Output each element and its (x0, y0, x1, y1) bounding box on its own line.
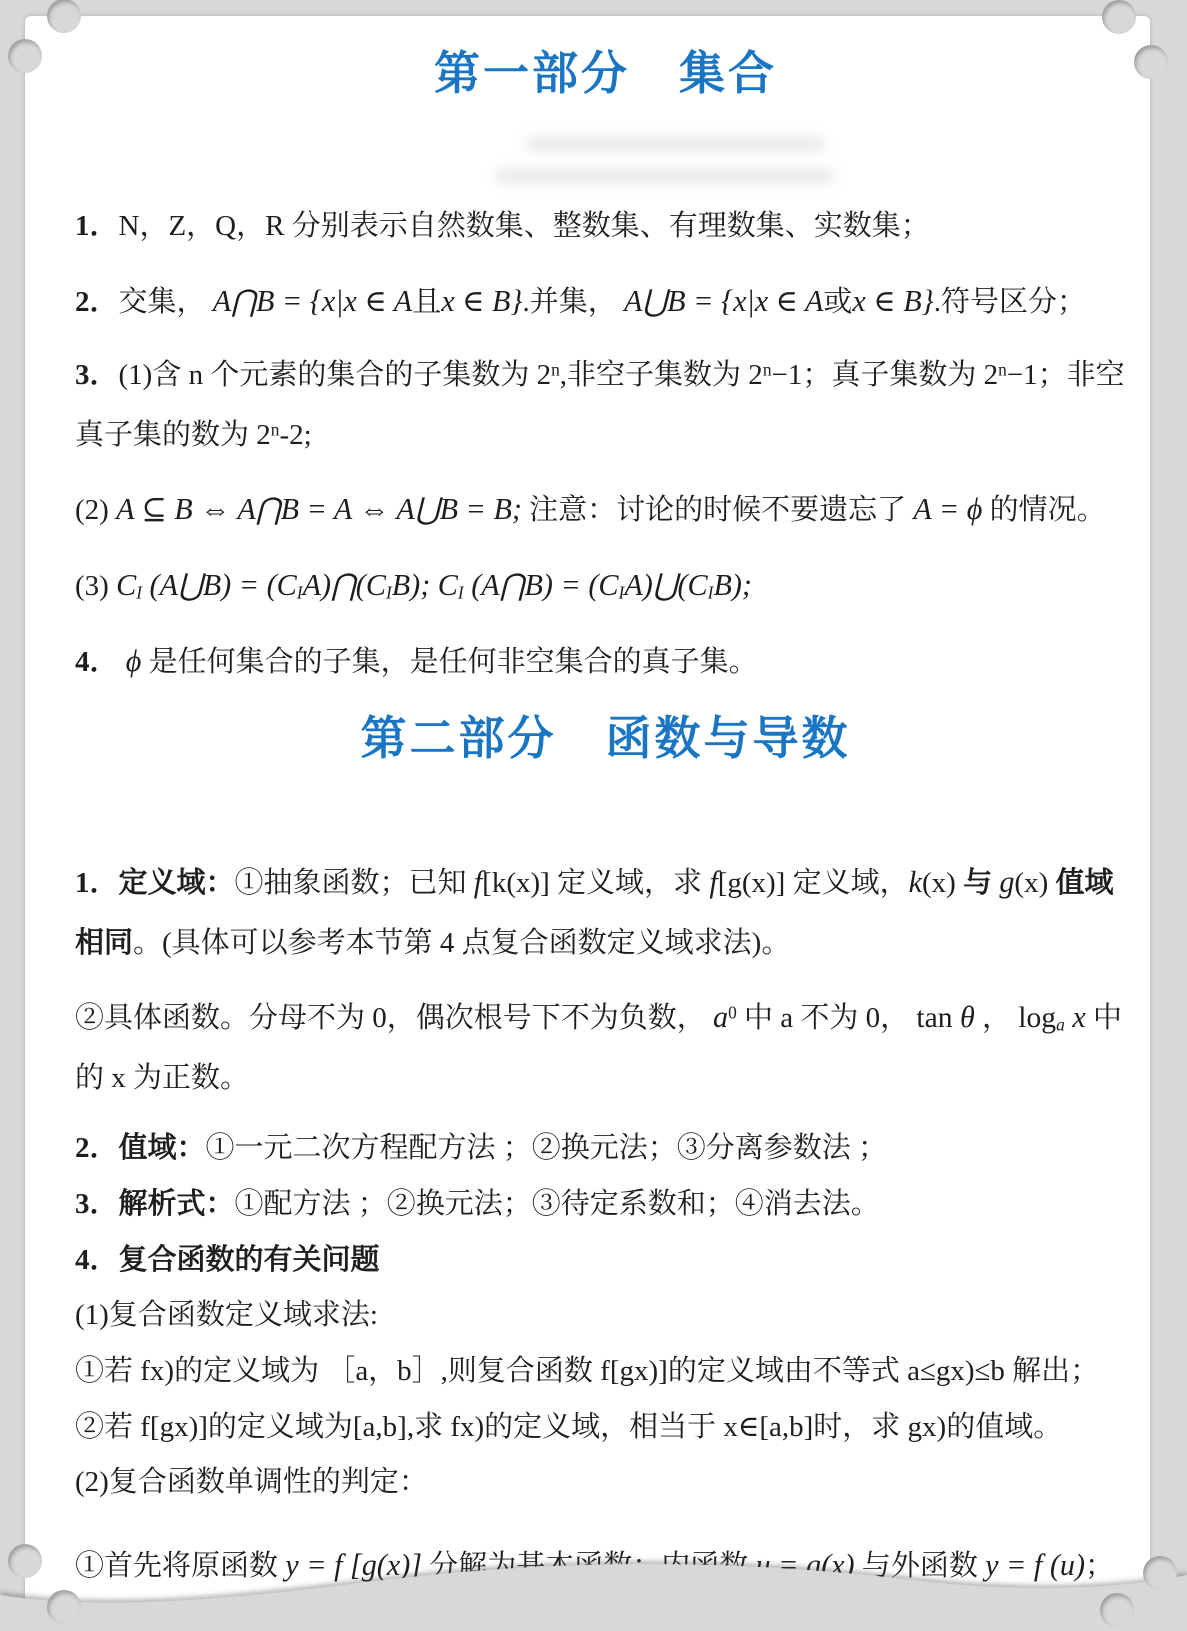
part2-heading: 第二部分 函数与导数 (75, 711, 1136, 766)
part1-heading: 第一部分 集合 (75, 46, 1136, 101)
paragraph: 3．(1)含 n 个元素的集合的子集数为 2n,非空子集数为 2n−1；真子集数… (75, 346, 1136, 465)
paragraph: 4．复合函数的有关问题 (75, 1234, 1136, 1288)
text-segment: 与 (963, 867, 999, 899)
text-segment: B); C (392, 568, 458, 602)
paragraph: (3) CI (A⋃B) = (CIA)⋂(CIB); CI (A⋂B) = (… (75, 555, 1136, 617)
paragraph: ②具体函数。分母不为 0，偶次根号下不为负数， a0 中 a 不为 0， tan… (75, 987, 1136, 1108)
paragraph: 2．交集， A⋂B = {x|x ∈ A且x ∈ B}.并集， A⋃B = {x… (75, 271, 1136, 333)
page-background: 第一部分 集合 1．N，Z，Q，R 分别表示自然数集、整数集、有理数集、实数集；… (0, 0, 1187, 1631)
text-segment: A ⊆ B ⇔ A⋂B = A ⇔ A⋃B = B; (116, 492, 522, 526)
paragraph: ②若 f[gx)]的定义域为[a,b],求 fx)的定义域，相当于 x∈[a,b… (75, 1401, 1136, 1455)
text-segment: 3． (75, 359, 119, 391)
text-segment: x ∈ B} (852, 284, 933, 318)
text-segment: g (999, 865, 1014, 899)
text-segment: log (1018, 1002, 1056, 1034)
text-segment: 2． (75, 286, 119, 318)
text-segment: ①一元二次方程配方法 ；②换元法；③分离参数法 ； (206, 1132, 888, 1164)
text-segment: 注意：讨论的时候不要遗忘了 (522, 494, 914, 526)
paper-corner-notch (47, 0, 81, 33)
text-segment: 4．复合函数的有关问题 (75, 1244, 380, 1276)
text-segment: ①配方法 ；②换元法；③待定系数和；④消去法。 (235, 1188, 880, 1220)
text-segment: (x) (922, 867, 963, 899)
text-segment: 。(具体可以参考本节第 4 点复合函数定义域求法)。 (133, 927, 790, 959)
text-segment: A⋂B = {x|x ∈ A (213, 284, 412, 318)
text-segment: a (713, 1000, 728, 1034)
text-segment: 且 (412, 286, 441, 318)
paper-bottom-curl (0, 1545, 1187, 1631)
text-segment: −1；真子集数为 2 (772, 359, 999, 391)
paper-corner-notch (1100, 1593, 1134, 1627)
paragraph: 1．定义域：①抽象函数；已知 f[k(x)] 定义域，求 f[g(x)] 定义域… (75, 852, 1136, 973)
text-segment: ①若 fx)的定义域为 ［a，b］,则复合函数 f[gx)]的定义域由不等式 a… (75, 1355, 1099, 1387)
text-segment: 4． (75, 646, 119, 678)
text-segment: ， (975, 1002, 1019, 1034)
text-segment: (1)含 n 个元素的集合的子集数为 2 (119, 359, 552, 391)
paragraph: ①若 fx)的定义域为 ［a，b］,则复合函数 f[gx)]的定义域由不等式 a… (75, 1345, 1136, 1399)
text-segment: n (998, 360, 1007, 380)
text-segment: A⋃B = {x|x ∈ A (624, 284, 823, 318)
text-segment: 0 (728, 1003, 737, 1023)
text-segment: (2) (75, 494, 116, 526)
text-segment: (x) (1014, 867, 1055, 899)
paragraph: (2) A ⊆ B ⇔ A⋂B = A ⇔ A⋃B = B; 注意：讨论的时候不… (75, 479, 1136, 541)
paper-curl-fill (0, 1564, 1187, 1631)
text-segment: (A⋃B) = (C (142, 568, 297, 602)
text-segment: k (909, 865, 922, 899)
text-segment: (1)复合函数定义域求法: (75, 1299, 378, 1331)
text-segment: f (709, 865, 717, 899)
paper-corner-notch (8, 39, 42, 73)
text-segment: C (116, 568, 136, 602)
paper-corner-notch (1134, 45, 1168, 79)
text-segment: (3) (75, 570, 116, 602)
text-segment: 中 a 不为 0， (737, 1002, 917, 1034)
paper-sheet: 第一部分 集合 1．N，Z，Q，R 分别表示自然数集、整数集、有理数集、实数集；… (25, 16, 1150, 1616)
paragraph: 3．解析式：①配方法 ；②换元法；③待定系数和；④消去法。 (75, 1178, 1136, 1232)
text-segment: 的情况。 (982, 494, 1105, 526)
text-segment: 1．定义域： (75, 867, 235, 899)
text-segment: 2．值域： (75, 1132, 206, 1164)
text-segment: [k(x)] 定义域，求 (482, 867, 709, 899)
text-segment: A)⋂(C (303, 568, 386, 602)
paragraph: 2．值域：①一元二次方程配方法 ；②换元法；③分离参数法 ； (75, 1122, 1136, 1176)
paragraph: (2)复合函数单调性的判定： (75, 1456, 1136, 1510)
text-segment: a (1056, 1015, 1065, 1035)
text-segment: x (1065, 1000, 1086, 1034)
text-segment: A)⋃(C (624, 568, 707, 602)
text-segment: (2)复合函数单调性的判定： (75, 1466, 428, 1498)
paper-corner-notch (8, 1544, 42, 1578)
text-segment: 3．解析式： (75, 1188, 235, 1220)
text-segment: f (474, 865, 482, 899)
text-segment: ①抽象函数；已知 (235, 867, 474, 899)
text-segment: 1． (75, 210, 119, 242)
text-segment: n (551, 360, 560, 380)
text-segment: 交集， (119, 286, 213, 318)
text-segment: (A⋂B) = (C (464, 568, 619, 602)
text-segment: θ (960, 1000, 975, 1034)
paragraph: (1)复合函数定义域求法: (75, 1289, 1136, 1343)
part2-body: 1．定义域：①抽象函数；已知 f[k(x)] 定义域，求 f[g(x)] 定义域… (75, 852, 1136, 1594)
text-segment: ,非空子集数为 2 (560, 359, 763, 391)
text-segment: B); (713, 568, 752, 602)
document-content: 第一部分 集合 1．N，Z，Q，R 分别表示自然数集、整数集、有理数集、实数集；… (75, 16, 1136, 1596)
paper-corner-notch (1143, 1556, 1177, 1590)
text-segment: n (763, 360, 772, 380)
text-segment: 是任何集合的子集，是任何非空集合的真子集。 (141, 646, 757, 678)
text-segment: N，Z，Q，R 分别表示自然数集、整数集、有理数集、实数集； (119, 210, 930, 242)
paragraph: 1．N，Z，Q，R 分别表示自然数集、整数集、有理数集、实数集； (75, 197, 1136, 256)
text-segment: A = ϕ (913, 492, 982, 526)
text-segment: .并集， (522, 286, 624, 318)
text-segment: tan (916, 1002, 960, 1034)
text-segment: ②若 f[gx)]的定义域为[a,b],求 fx)的定义域，相当于 x∈[a,b… (75, 1411, 1062, 1443)
text-segment: [g(x)] 定义域， (718, 867, 909, 899)
text-segment (119, 646, 126, 678)
paper-corner-notch (47, 1590, 81, 1624)
text-segment: 或 (823, 286, 852, 318)
paper-corner-notch (1102, 0, 1136, 34)
paragraph: 4． ϕ 是任何集合的子集，是任何非空集合的真子集。 (75, 631, 1136, 693)
text-segment: ϕ (126, 644, 142, 678)
text-segment: x ∈ B} (441, 284, 522, 318)
text-segment: .符号区分； (934, 286, 1086, 318)
text-segment: -2; (279, 419, 311, 451)
part1-body: 1．N，Z，Q，R 分别表示自然数集、整数集、有理数集、实数集；2．交集， A⋂… (75, 197, 1136, 693)
text-segment: ②具体函数。分母不为 0，偶次根号下不为负数， (75, 1002, 713, 1034)
